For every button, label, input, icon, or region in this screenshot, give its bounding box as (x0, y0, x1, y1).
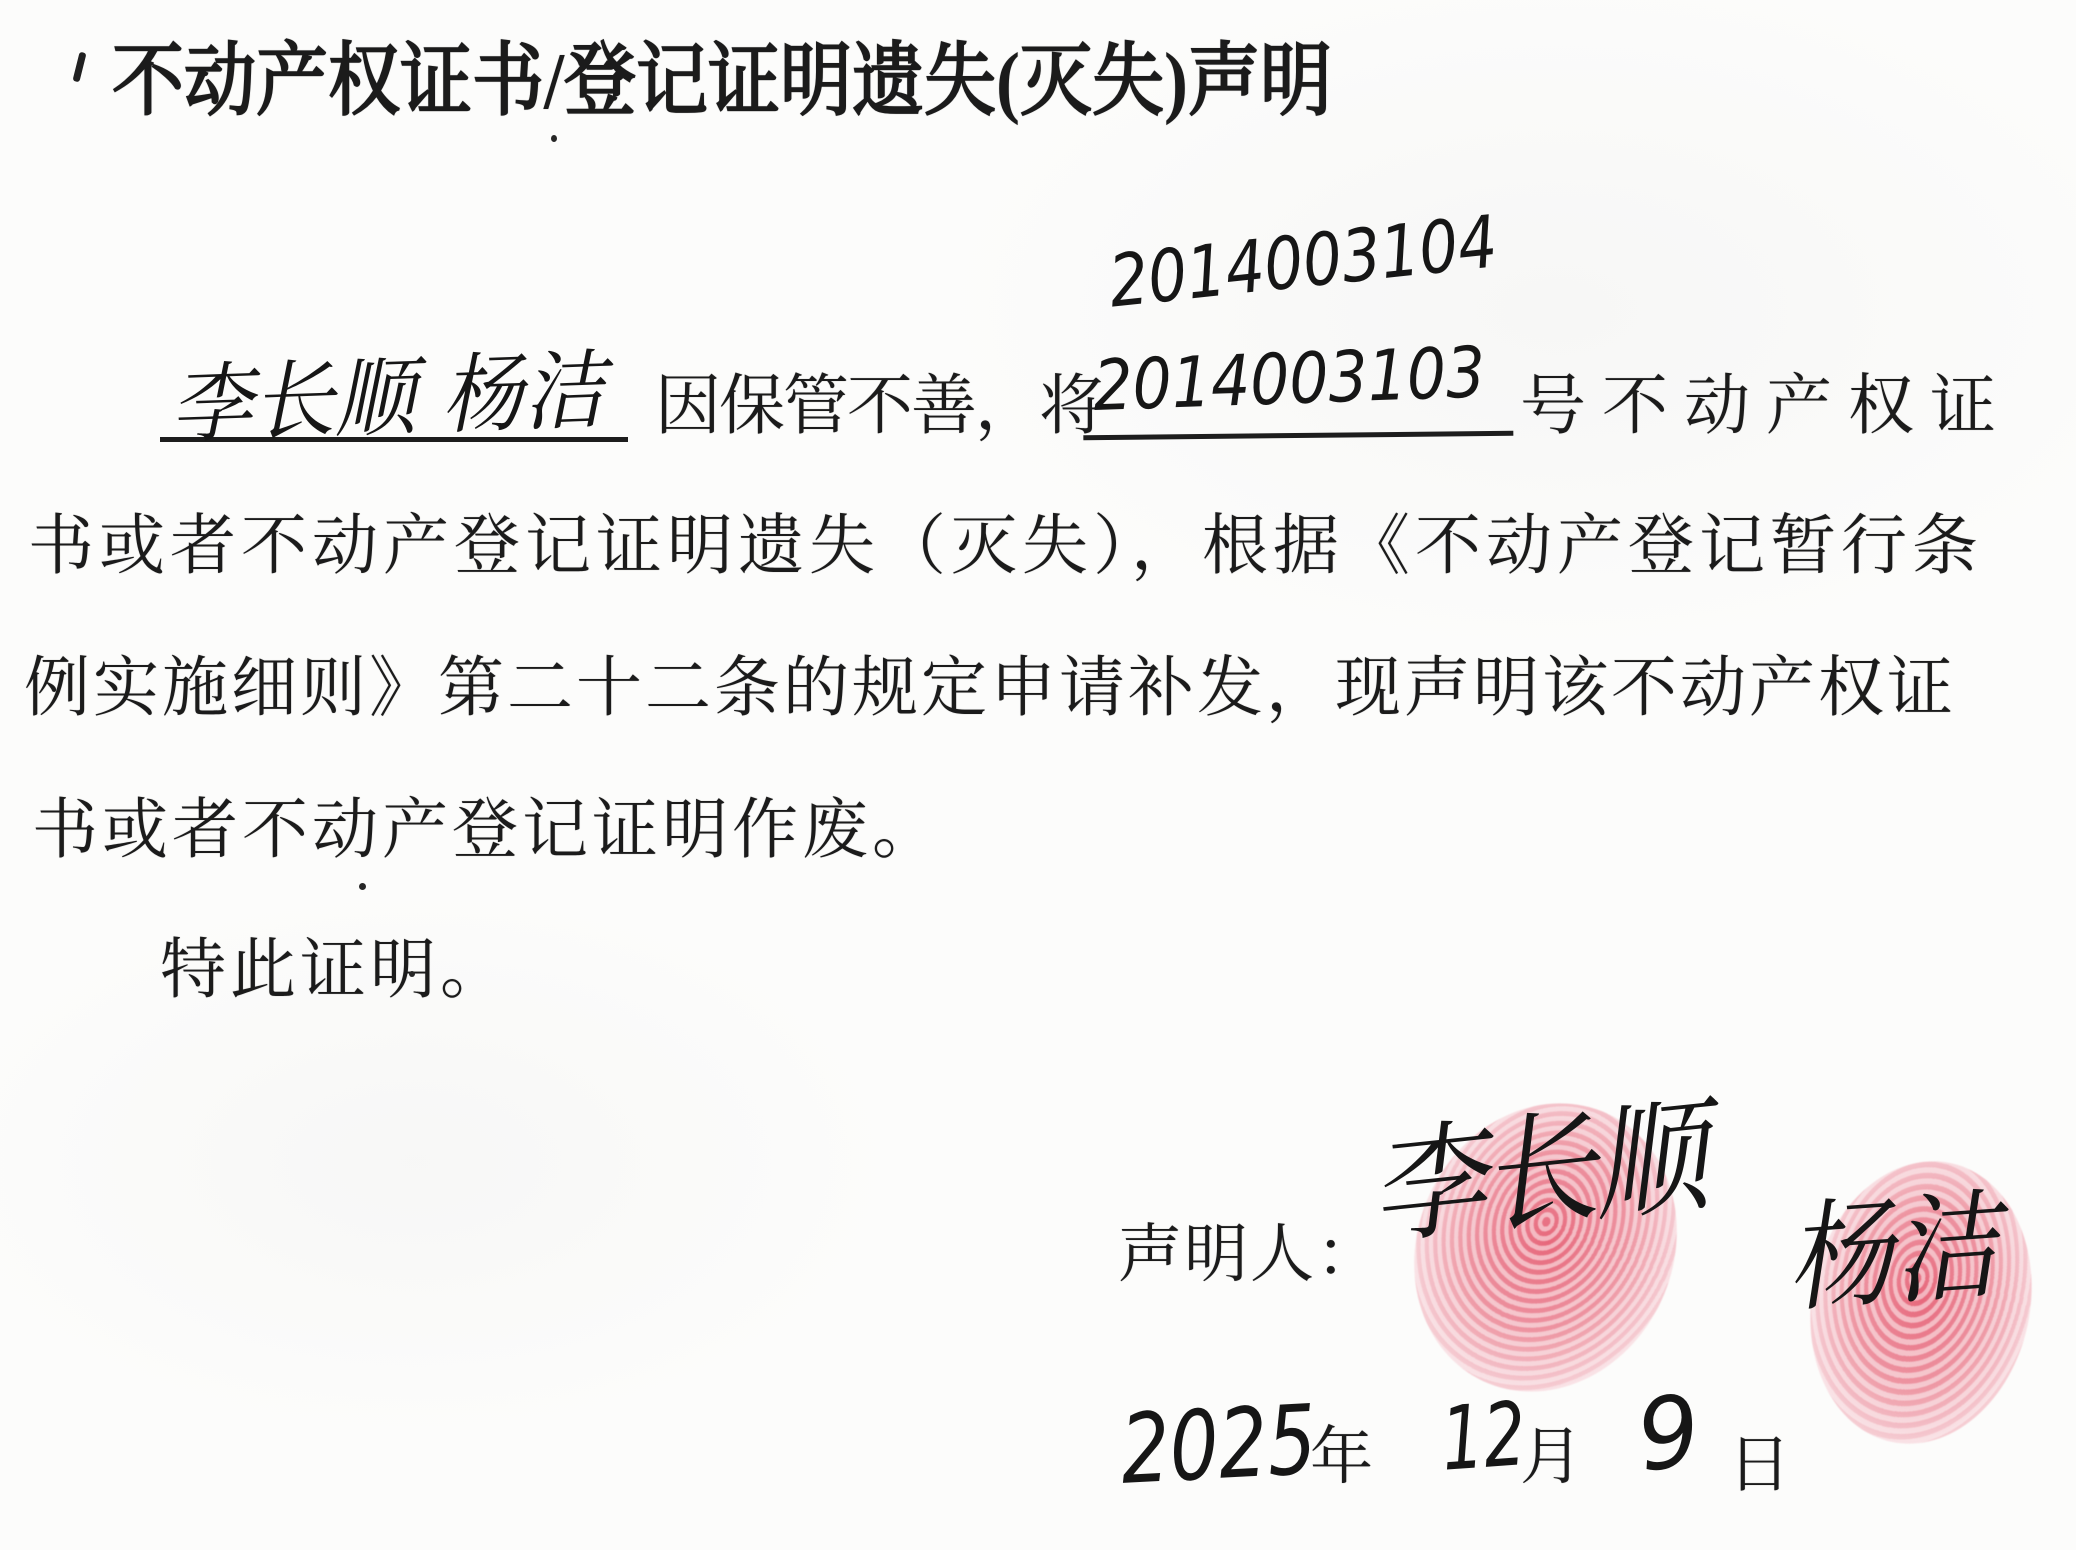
scanned-loss-declaration-document: 不动产权证书/登记证明遗失(灭失)声明 李长顺 杨洁 因保管不善，将 20140… (0, 0, 2076, 1550)
body-line2: 书或者不动产登记证明遗失（灭失），根据《不动产登记暂行条 (28, 492, 1983, 587)
date-year-handwritten: 2025 (1118, 1384, 1319, 1506)
day-suffix-label: 日 (1728, 1414, 1791, 1505)
body-line1-text: 因保管不善，将 (655, 352, 1103, 447)
date-month-handwritten: 12 (1438, 1382, 1529, 1491)
closing-statement: 特此证明。 (160, 916, 510, 1011)
document-title: 不动产权证书/登记证明遗失(灭失)声明 (112, 16, 1332, 131)
signature-1-handwritten: 李长顺 (1360, 1055, 1711, 1269)
scan-speck (409, 971, 415, 977)
month-suffix-label: 月 (1520, 1406, 1583, 1497)
year-suffix-label: 年 (1310, 1406, 1373, 1497)
cert-number-corrected-handwritten: 2014003104 (1105, 199, 1501, 323)
scan-speck (551, 135, 557, 142)
scan-speck (359, 883, 366, 890)
cert-number-struck-handwritten: 2014003103 (1092, 331, 1487, 427)
body-line3: 例实施细则》第二十二条的规定申请补发，现声明该不动产权证 (24, 634, 1956, 729)
scan-edge-mark (72, 52, 86, 83)
signature-2-handwritten: 杨洁 (1780, 1150, 2004, 1334)
declarant-label: 声明人： (1118, 1203, 1382, 1295)
declarant-names-handwritten: 李长顺 杨洁 (168, 321, 607, 460)
body-line4: 书或者不动产登记证明作废。 (32, 776, 942, 871)
date-day-handwritten: 9 (1630, 1373, 1708, 1495)
body-line1-tail: 号不动产权证 (1520, 352, 2012, 447)
